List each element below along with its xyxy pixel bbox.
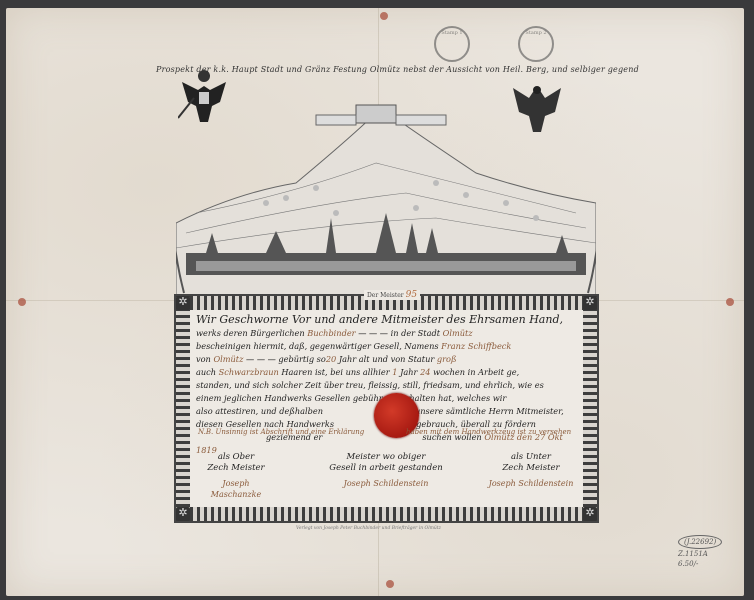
handwritten-trade: Buchbinder (307, 328, 355, 338)
pin-hole (386, 580, 394, 588)
rosette-icon (176, 296, 190, 310)
ink-stamp: Stamp 1 (434, 26, 470, 62)
handwritten-name: Franz Schiffbeck (441, 341, 511, 351)
signatory-ober-zechmeister: als Ober Zech Meister Joseph Maschanzke (196, 452, 276, 500)
laurel-border-bottom (176, 507, 597, 521)
certificate-paper: Stamp 1 Stamp 2 Prospekt der k.k. Haupt … (6, 8, 744, 596)
meister-label: Der Meister 95 (364, 290, 420, 300)
signature: Joseph Schildenstein (486, 478, 576, 489)
certificate-text-panel: Der Meister 95 Wir Geschworne Vor und an… (174, 294, 599, 523)
rosette-icon (583, 296, 597, 310)
ink-stamp: Stamp 2 (518, 26, 554, 62)
laurel-border-left (176, 296, 190, 521)
pin-hole (380, 12, 388, 20)
printer-imprint: Verlegt von Joseph Peter Buchbinder und … (296, 526, 441, 531)
archive-notes: (J.22692) Z.1151A 6.50/- (678, 535, 722, 569)
rosette-icon (583, 507, 597, 521)
signatory-meister: Meister wo obiger Gesell in arbeit gesta… (316, 452, 456, 489)
pin-hole (726, 298, 734, 306)
handwritten-city: Olmütz (443, 328, 473, 338)
laurel-border-right (583, 296, 597, 521)
pin-hole (18, 298, 26, 306)
signatory-unter-zechmeister: als Unter Zech Meister Joseph Schildenst… (486, 452, 576, 489)
city-panorama-engraving (176, 103, 596, 295)
meister-number: 95 (406, 290, 417, 300)
signature: Joseph Maschanzke (196, 478, 276, 500)
signature: Joseph Schildenstein (316, 478, 456, 489)
rosette-icon (176, 507, 190, 521)
nb-note-left: N.B. Unsinnig ist Abschrift und eine Erk… (198, 428, 364, 436)
nb-note-right: haben mit dem Handwerkzeug ist zu verseh… (406, 428, 571, 436)
